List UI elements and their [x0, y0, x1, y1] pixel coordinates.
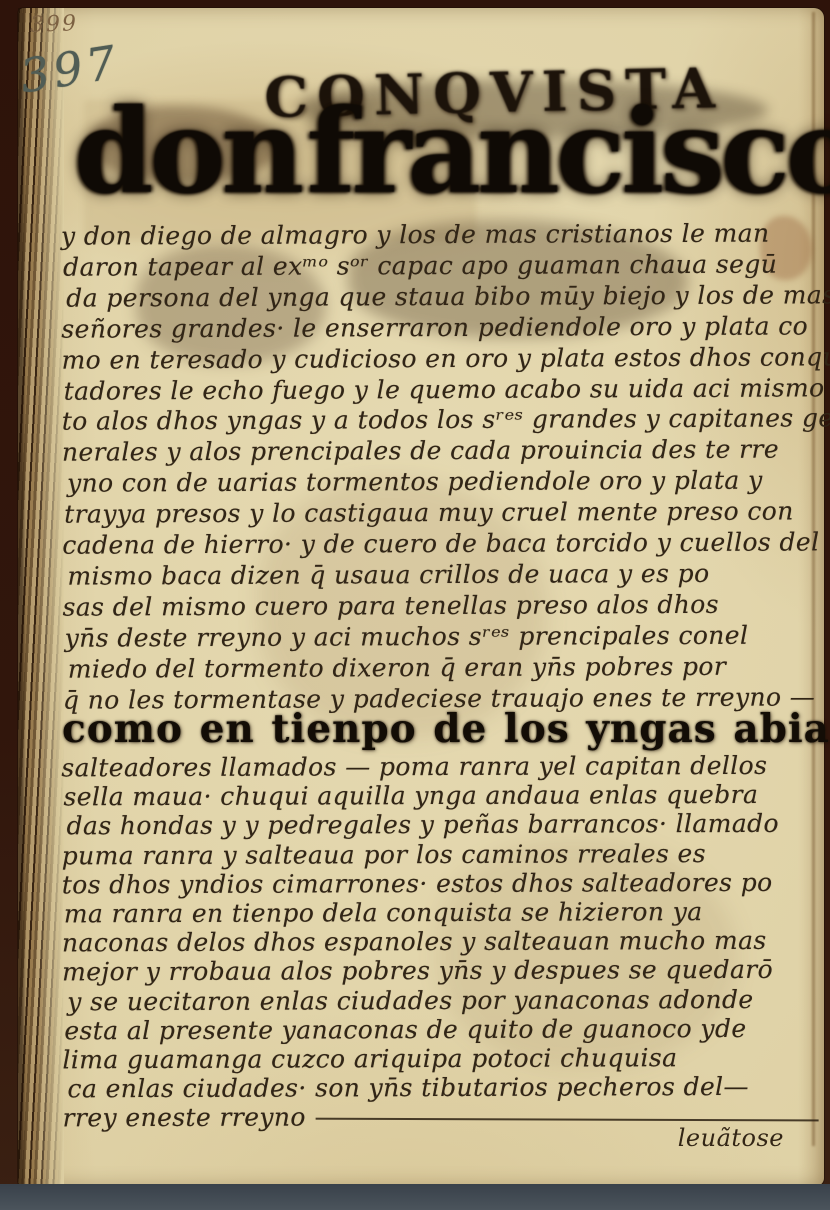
- text-line: puma ranra y salteaua por los caminos rr…: [62, 838, 818, 870]
- paragraph-first: y don diego de almagro y los de mas cris…: [61, 218, 819, 716]
- manuscript-scan: 399 397 CONQVISTA don francisco y don di…: [0, 0, 830, 1210]
- text-line: yno con de uarias tormentos pediendole o…: [67, 466, 818, 500]
- text-line: daron tapear al exᵐᵒ sᵒʳ capac apo guama…: [63, 249, 817, 283]
- text-line: mo en teresado y cudicioso en oro y plat…: [61, 342, 817, 376]
- text-line: salteadores llamados — poma ranra yel ca…: [61, 751, 817, 783]
- text-line: das hondas y y pedregales y peñas barran…: [67, 809, 818, 841]
- text-line: señores grandes· le enserraron pediendol…: [61, 311, 817, 345]
- text-line: cadena de hierro· y de cuero de baca tor…: [62, 527, 818, 561]
- text-line: tos dhos yndios cimarrones· estos dhos s…: [62, 867, 818, 899]
- text-line: miedo del tormento dixeron q̄ eran yn̄s …: [68, 651, 819, 685]
- text-line: y don diego de almagro y los de mas cris…: [61, 218, 817, 252]
- text-line: esta al presente yanaconas de quito de g…: [64, 1014, 818, 1046]
- text-line: mismo baca dizen q̄ usaua crillos de uac…: [67, 558, 818, 592]
- catchword: leuãtose: [678, 1124, 784, 1152]
- text-line: sas del mismo cuero para tenellas preso …: [63, 589, 819, 623]
- text-line: da persona del ynga que staua bibo mūy b…: [66, 280, 817, 314]
- section-subheading: como en tienpo de los yngas abia:=: [62, 706, 822, 752]
- text-line: yn̄s deste rreyno y aci muchos sʳᵉˢ pren…: [65, 620, 819, 654]
- text-line: trayya presos y lo castigaua muy cruel m…: [64, 497, 818, 531]
- manuscript-page: 399 397 CONQVISTA don francisco y don di…: [18, 8, 824, 1186]
- text-line: naconas delos dhos espanoles y salteauan…: [62, 926, 818, 958]
- scan-background-band: [0, 1184, 830, 1210]
- text-line: y se uecitaron enlas ciudades por yanaco…: [67, 984, 818, 1016]
- text-line: to alos dhos yngas y a todos los sʳᵉˢ gr…: [62, 404, 818, 438]
- paragraph-second: salteadores llamados — poma ranra yel ca…: [61, 751, 818, 1133]
- text-line: nerales y alos prencipales de cada proui…: [62, 435, 818, 469]
- folio-number-crossed: 399: [30, 11, 79, 38]
- text-line: mejor y rrobaua alos pobres yn̄s y despu…: [62, 955, 818, 987]
- text-line: ca enlas ciudades· son yn̄s tibutarios p…: [67, 1072, 818, 1104]
- book-gutter: [18, 8, 64, 1186]
- text-line: lima guamanga cuzco ariquipa potoci chuq…: [62, 1043, 818, 1075]
- text-line: sella maua· chuqui aquilla ynga andaua e…: [63, 780, 817, 812]
- page-title: don francisco: [74, 92, 811, 212]
- text-line: ma ranra en tienpo dela conquista se hiz…: [64, 897, 818, 929]
- text-line-end: rrey eneste rreyno: [63, 1103, 306, 1133]
- text-line: tadores le echo fuego y le quemo acabo s…: [64, 373, 818, 407]
- flourish-line: [316, 1118, 819, 1122]
